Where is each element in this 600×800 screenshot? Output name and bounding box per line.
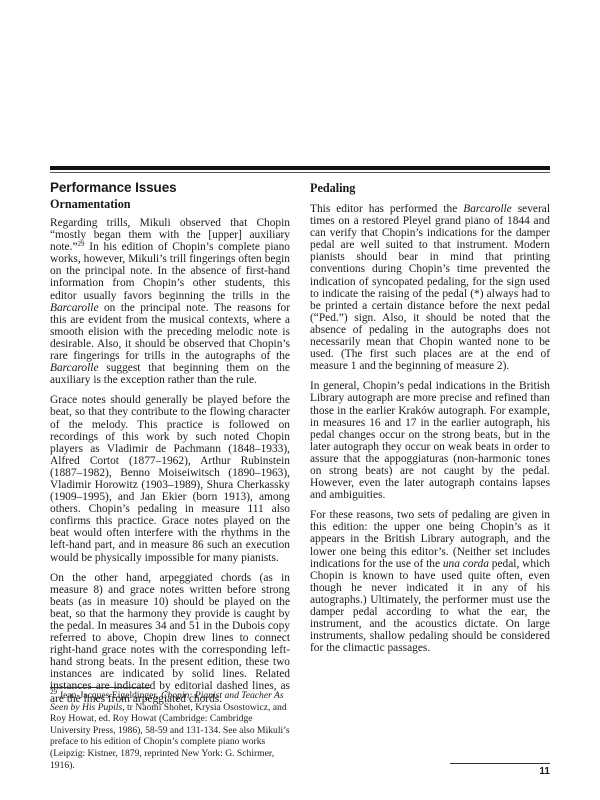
document-page: Performance Issues Ornamentation Regardi…: [0, 0, 600, 800]
top-rule-thick: [50, 166, 550, 170]
bottom-rule: [450, 763, 550, 764]
footnote-ref[interactable]: 29: [78, 240, 85, 248]
footnote-number: 29: [50, 688, 57, 696]
subhead-pedaling: Pedaling: [310, 181, 550, 195]
paragraph: For these reasons, two sets of pedaling …: [310, 509, 550, 654]
italic-title: Chopin: Pianist and Teacher As Seen by H…: [50, 690, 284, 713]
right-column: Pedaling This editor has performed the B…: [310, 180, 550, 662]
top-rule-thin: [50, 172, 550, 173]
italic-title: Barcarolle: [463, 203, 512, 215]
paragraph: This editor has performed the Barcarolle…: [310, 203, 550, 372]
footnote: 29 Jean-Jacques Eigeldinger, Chopin: Pia…: [50, 690, 290, 771]
footnote-rule: [50, 687, 150, 688]
paragraph: Regarding trills, Mikuli observed that C…: [50, 217, 290, 386]
left-column: Performance Issues Ornamentation Regardi…: [50, 180, 290, 713]
subhead-ornamentation: Ornamentation: [50, 197, 290, 211]
footnote-text: Jean-Jacques Eigeldinger, Chopin: Pianis…: [50, 690, 290, 771]
paragraph: In general, Chopin’s pedal indications i…: [310, 380, 550, 501]
page-number: 11: [520, 766, 550, 777]
paragraph: On the other hand, arpeggiated chords (a…: [50, 572, 290, 705]
section-title: Performance Issues: [50, 180, 290, 196]
italic-title: una corda: [443, 558, 489, 570]
paragraph: Grace notes should generally be played b…: [50, 394, 290, 563]
italic-title: Barca­rolle: [50, 362, 99, 374]
italic-title: Barcarolle: [50, 302, 99, 314]
